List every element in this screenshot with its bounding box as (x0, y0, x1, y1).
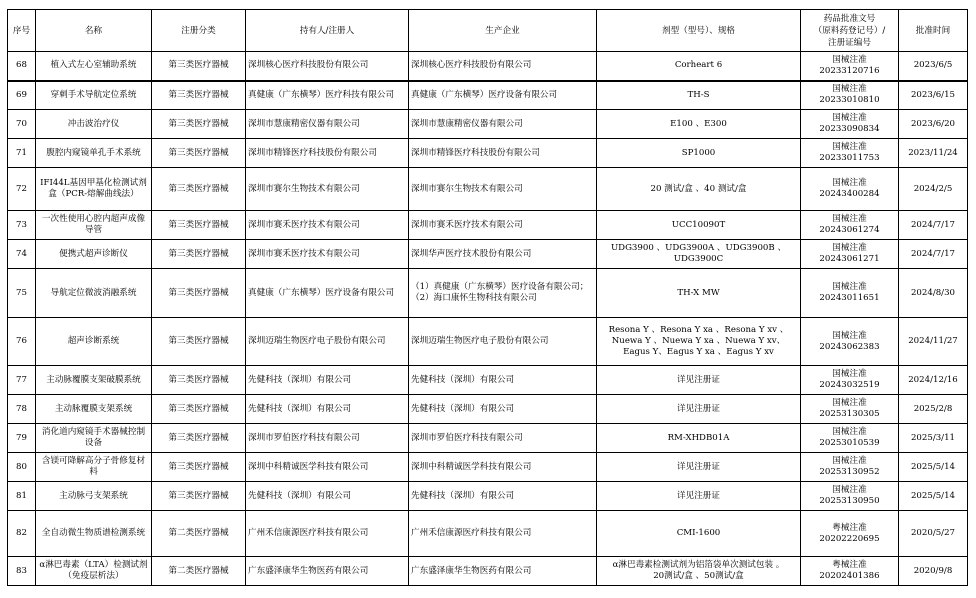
cell-date: 2025/5/14 (899, 482, 968, 511)
cell-date: 2025/2/8 (899, 395, 968, 424)
header-manufacturer: 生产企业 (409, 10, 597, 52)
cell-spec: UDG3900 、UDG3900A 、UDG3900B 、UDG3900C (597, 240, 801, 269)
cell-name: 主动脉覆膜支架系统 (36, 395, 152, 424)
cell-holder: 先健科技（深圳）有限公司 (246, 395, 409, 424)
cell-category: 第三类医疗器械 (152, 424, 246, 453)
cell-holder: 深圳市精锋医疗科技股份有限公司 (246, 139, 409, 168)
cell-seq: 82 (8, 511, 36, 557)
cell-name: 冲击波治疗仪 (36, 110, 152, 139)
cell-approval-no: 国械注准20243032519 (801, 366, 899, 395)
cell-seq: 71 (8, 139, 36, 168)
cell-approval-no: 国械注准20243061271 (801, 240, 899, 269)
cell-name: 含镁可降解高分子骨修复材料 (36, 453, 152, 482)
cell-category: 第三类医疗器械 (152, 139, 246, 168)
cell-name: IFI44L基因甲基化检测试剂盒（PCR-熔解曲线法） (36, 168, 152, 211)
cell-spec: TH-X MW (597, 269, 801, 318)
cell-name: 导航定位微波消融系统 (36, 269, 152, 318)
cell-category: 第三类医疗器械 (152, 453, 246, 482)
cell-name: 全自动微生物质谱检测系统 (36, 511, 152, 557)
cell-approval-no: 国械注准20233011753 (801, 139, 899, 168)
cell-category: 第三类医疗器械 (152, 211, 246, 240)
cell-spec: 详见注册证 (597, 453, 801, 482)
cell-category: 第三类医疗器械 (152, 240, 246, 269)
cell-category: 第三类医疗器械 (152, 482, 246, 511)
cell-date: 2023/6/5 (899, 52, 968, 81)
cell-approval-no: 国械注准20233010810 (801, 81, 899, 110)
cell-holder: 深圳中科精诚医学科技有限公司 (246, 453, 409, 482)
cell-manufacturer: 深圳中科精诚医学科技有限公司 (409, 453, 597, 482)
cell-manufacturer: 先健科技（深圳）有限公司 (409, 395, 597, 424)
cell-manufacturer: 深圳迈瑞生物医疗电子股份有限公司 (409, 318, 597, 366)
cell-name: 植入式左心室辅助系统 (36, 52, 152, 81)
cell-spec: 20 测试/盒 、40 测试/盒 (597, 168, 801, 211)
cell-name: 腹腔内窥镜单孔手术系统 (36, 139, 152, 168)
cell-holder: 深圳市赛禾医疗技术有限公司 (246, 240, 409, 269)
cell-holder: 先健科技（深圳）有限公司 (246, 482, 409, 511)
cell-approval-no: 国械注准20253010539 (801, 424, 899, 453)
cell-approval-no: 粤械注准20202220695 (801, 511, 899, 557)
cell-manufacturer: 深圳市赛尔生物技术有限公司 (409, 168, 597, 211)
cell-holder: 广东盛泽康华生物医药有限公司 (246, 557, 409, 586)
cell-holder: 真健康（广东横琴）医疗科技有限公司 (246, 81, 409, 110)
cell-seq: 76 (8, 318, 36, 366)
header-row: 序号 名称 注册分类 持有人/注册人 生产企业 剂型（型号）、规格 药品批准文号… (8, 10, 968, 52)
cell-date: 2024/2/5 (899, 168, 968, 211)
table-row: 74便携式超声诊断仪第三类医疗器械深圳市赛禾医疗技术有限公司深圳华声医疗技术股份… (8, 240, 968, 269)
table-row: 68植入式左心室辅助系统第三类医疗器械深圳核心医疗科技股份有限公司深圳核心医疗科… (8, 52, 968, 81)
cell-category: 第三类医疗器械 (152, 168, 246, 211)
table-row: 81主动脉弓支架系统第三类医疗器械先健科技（深圳）有限公司先健科技（深圳）有限公… (8, 482, 968, 511)
table-row: 78主动脉覆膜支架系统第三类医疗器械先健科技（深圳）有限公司先健科技（深圳）有限… (8, 395, 968, 424)
header-spec: 剂型（型号）、规格 (597, 10, 801, 52)
cell-seq: 79 (8, 424, 36, 453)
table-row: 71腹腔内窥镜单孔手术系统第三类医疗器械深圳市精锋医疗科技股份有限公司深圳市精锋… (8, 139, 968, 168)
cell-seq: 70 (8, 110, 36, 139)
cell-name: 超声诊断系统 (36, 318, 152, 366)
cell-spec: TH-S (597, 81, 801, 110)
cell-spec: 详见注册证 (597, 395, 801, 424)
cell-approval-no: 国械注准20253130305 (801, 395, 899, 424)
table-row: 76超声诊断系统第三类医疗器械深圳迈瑞生物医疗电子股份有限公司深圳迈瑞生物医疗电… (8, 318, 968, 366)
cell-category: 第二类医疗器械 (152, 511, 246, 557)
table-row: 72IFI44L基因甲基化检测试剂盒（PCR-熔解曲线法）第三类医疗器械深圳市赛… (8, 168, 968, 211)
cell-name: 穿刺手术导航定位系统 (36, 81, 152, 110)
cell-date: 2025/3/11 (899, 424, 968, 453)
cell-date: 2023/11/24 (899, 139, 968, 168)
cell-manufacturer: 真健康（广东横琴）医疗设备有限公司 (409, 81, 597, 110)
cell-category: 第三类医疗器械 (152, 81, 246, 110)
cell-category: 第三类医疗器械 (152, 366, 246, 395)
cell-date: 2020/5/27 (899, 511, 968, 557)
cell-seq: 73 (8, 211, 36, 240)
cell-approval-no: 国械注准20243062383 (801, 318, 899, 366)
cell-seq: 83 (8, 557, 36, 586)
cell-date: 2023/6/20 (899, 110, 968, 139)
table-row: 77主动脉覆膜支架破膜系统第三类医疗器械先健科技（深圳）有限公司先健科技（深圳）… (8, 366, 968, 395)
cell-approval-no: 国械注准20233090834 (801, 110, 899, 139)
table-row: 69穿刺手术导航定位系统第三类医疗器械真健康（广东横琴）医疗科技有限公司真健康（… (8, 81, 968, 110)
cell-seq: 80 (8, 453, 36, 482)
cell-name: 主动脉覆膜支架破膜系统 (36, 366, 152, 395)
header-holder: 持有人/注册人 (246, 10, 409, 52)
cell-manufacturer: 深圳市慧康精密仪器有限公司 (409, 110, 597, 139)
table-row: 83α淋巴毒素（LTA）检测试剂（免疫层析法）第二类医疗器械广东盛泽康华生物医药… (8, 557, 968, 586)
cell-spec: E100 、E300 (597, 110, 801, 139)
header-seq: 序号 (8, 10, 36, 52)
cell-approval-no: 国械注准20243400284 (801, 168, 899, 211)
cell-name: 一次性使用心腔内超声成像导管 (36, 211, 152, 240)
cell-seq: 74 (8, 240, 36, 269)
cell-spec-line: 20测试/盒 、50测试/盒 (599, 571, 798, 582)
cell-manufacturer: 广州禾信康源医疗科技有限公司 (409, 511, 597, 557)
table-row: 79消化道内窥镜手术器械控制设备第三类医疗器械深圳市罗伯医疗科技有限公司深圳市罗… (8, 424, 968, 453)
cell-spec: UCC10090T (597, 211, 801, 240)
cell-seq: 81 (8, 482, 36, 511)
cell-category: 第二类医疗器械 (152, 557, 246, 586)
cell-manufacturer-line: （1）真健康（广东横琴）医疗设备有限公司； (411, 282, 594, 293)
cell-spec-line: α淋巴毒素检测试剂为铝箔袋单次测试包装 。 (599, 560, 798, 571)
cell-holder: 深圳核心医疗科技股份有限公司 (246, 52, 409, 81)
cell-holder: 深圳市赛禾医疗技术有限公司 (246, 211, 409, 240)
cell-category: 第三类医疗器械 (152, 395, 246, 424)
header-category: 注册分类 (152, 10, 246, 52)
header-name: 名称 (36, 10, 152, 52)
cell-date: 2023/6/15 (899, 81, 968, 110)
cell-date: 2024/8/30 (899, 269, 968, 318)
cell-name: 主动脉弓支架系统 (36, 482, 152, 511)
cell-seq: 77 (8, 366, 36, 395)
cell-seq: 68 (8, 52, 36, 81)
cell-spec: Resona Y 、Resona Y xa 、Resona Y xv 、Nuew… (597, 318, 801, 366)
cell-holder: 深圳迈瑞生物医疗电子股份有限公司 (246, 318, 409, 366)
cell-manufacturer: 深圳华声医疗技术股份有限公司 (409, 240, 597, 269)
cell-manufacturer: 深圳市精锋医疗科技股份有限公司 (409, 139, 597, 168)
cell-spec: 详见注册证 (597, 482, 801, 511)
header-approval-no-line: （原料药登记号）/ (803, 25, 896, 37)
cell-holder: 深圳市罗伯医疗科技有限公司 (246, 424, 409, 453)
header-approval-no-line: 药品批准文号 (803, 13, 896, 25)
cell-seq: 75 (8, 269, 36, 318)
cell-seq: 72 (8, 168, 36, 211)
cell-name: 消化道内窥镜手术器械控制设备 (36, 424, 152, 453)
cell-approval-no: 国械注准20253130950 (801, 482, 899, 511)
header-approval-no: 药品批准文号 （原料药登记号）/ 注册证编号 (801, 10, 899, 52)
cell-manufacturer: 深圳市赛禾医疗技术有限公司 (409, 211, 597, 240)
cell-spec: CMI-1600 (597, 511, 801, 557)
cell-date: 2024/12/16 (899, 366, 968, 395)
cell-spec: α淋巴毒素检测试剂为铝箔袋单次测试包装 。20测试/盒 、50测试/盒 (597, 557, 801, 586)
cell-date: 2024/11/27 (899, 318, 968, 366)
cell-approval-no: 国械注准20233120716 (801, 52, 899, 81)
cell-spec: 详见注册证 (597, 366, 801, 395)
cell-approval-no: 国械注准20253130952 (801, 453, 899, 482)
cell-seq: 78 (8, 395, 36, 424)
cell-holder: 深圳市赛尔生物技术有限公司 (246, 168, 409, 211)
table-row: 82全自动微生物质谱检测系统第二类医疗器械广州禾信康源医疗科技有限公司广州禾信康… (8, 511, 968, 557)
cell-manufacturer-line: （2）海口康怀生物科技有限公司 (411, 293, 594, 304)
cell-date: 2020/9/8 (899, 557, 968, 586)
table-row: 70冲击波治疗仪第三类医疗器械深圳市慧康精密仪器有限公司深圳市慧康精密仪器有限公… (8, 110, 968, 139)
cell-approval-no: 国械注准20243061274 (801, 211, 899, 240)
cell-holder: 先健科技（深圳）有限公司 (246, 366, 409, 395)
cell-category: 第三类医疗器械 (152, 269, 246, 318)
cell-manufacturer: 深圳市罗伯医疗科技有限公司 (409, 424, 597, 453)
cell-spec: RM-XHDB01A (597, 424, 801, 453)
cell-manufacturer: 先健科技（深圳）有限公司 (409, 366, 597, 395)
cell-date: 2025/5/14 (899, 453, 968, 482)
cell-seq: 69 (8, 81, 36, 110)
table-row: 73一次性使用心腔内超声成像导管第三类医疗器械深圳市赛禾医疗技术有限公司深圳市赛… (8, 211, 968, 240)
cell-manufacturer: 先健科技（深圳）有限公司 (409, 482, 597, 511)
header-date: 批准时间 (899, 10, 968, 52)
cell-category: 第三类医疗器械 (152, 318, 246, 366)
cell-holder: 广州禾信康源医疗科技有限公司 (246, 511, 409, 557)
table-row: 80含镁可降解高分子骨修复材料第三类医疗器械深圳中科精诚医学科技有限公司深圳中科… (8, 453, 968, 482)
cell-spec: SP1000 (597, 139, 801, 168)
cell-manufacturer: 深圳核心医疗科技股份有限公司 (409, 52, 597, 81)
cell-category: 第三类医疗器械 (152, 110, 246, 139)
cell-holder: 真健康（广东横琴）医疗设备有限公司 (246, 269, 409, 318)
header-approval-no-line: 注册证编号 (803, 37, 896, 49)
registration-table: 序号 名称 注册分类 持有人/注册人 生产企业 剂型（型号）、规格 药品批准文号… (7, 9, 968, 586)
cell-date: 2024/7/17 (899, 240, 968, 269)
cell-approval-no: 粤械注准20202401386 (801, 557, 899, 586)
cell-name: 便携式超声诊断仪 (36, 240, 152, 269)
cell-manufacturer: 广东盛泽康华生物医药有限公司 (409, 557, 597, 586)
cell-spec: Corheart 6 (597, 52, 801, 81)
cell-holder: 深圳市慧康精密仪器有限公司 (246, 110, 409, 139)
table-row: 75导航定位微波消融系统第三类医疗器械真健康（广东横琴）医疗设备有限公司（1）真… (8, 269, 968, 318)
cell-manufacturer: （1）真健康（广东横琴）医疗设备有限公司；（2）海口康怀生物科技有限公司 (409, 269, 597, 318)
cell-date: 2024/7/17 (899, 211, 968, 240)
cell-name: α淋巴毒素（LTA）检测试剂（免疫层析法） (36, 557, 152, 586)
cell-category: 第三类医疗器械 (152, 52, 246, 81)
cell-approval-no: 国械注准20243011651 (801, 269, 899, 318)
